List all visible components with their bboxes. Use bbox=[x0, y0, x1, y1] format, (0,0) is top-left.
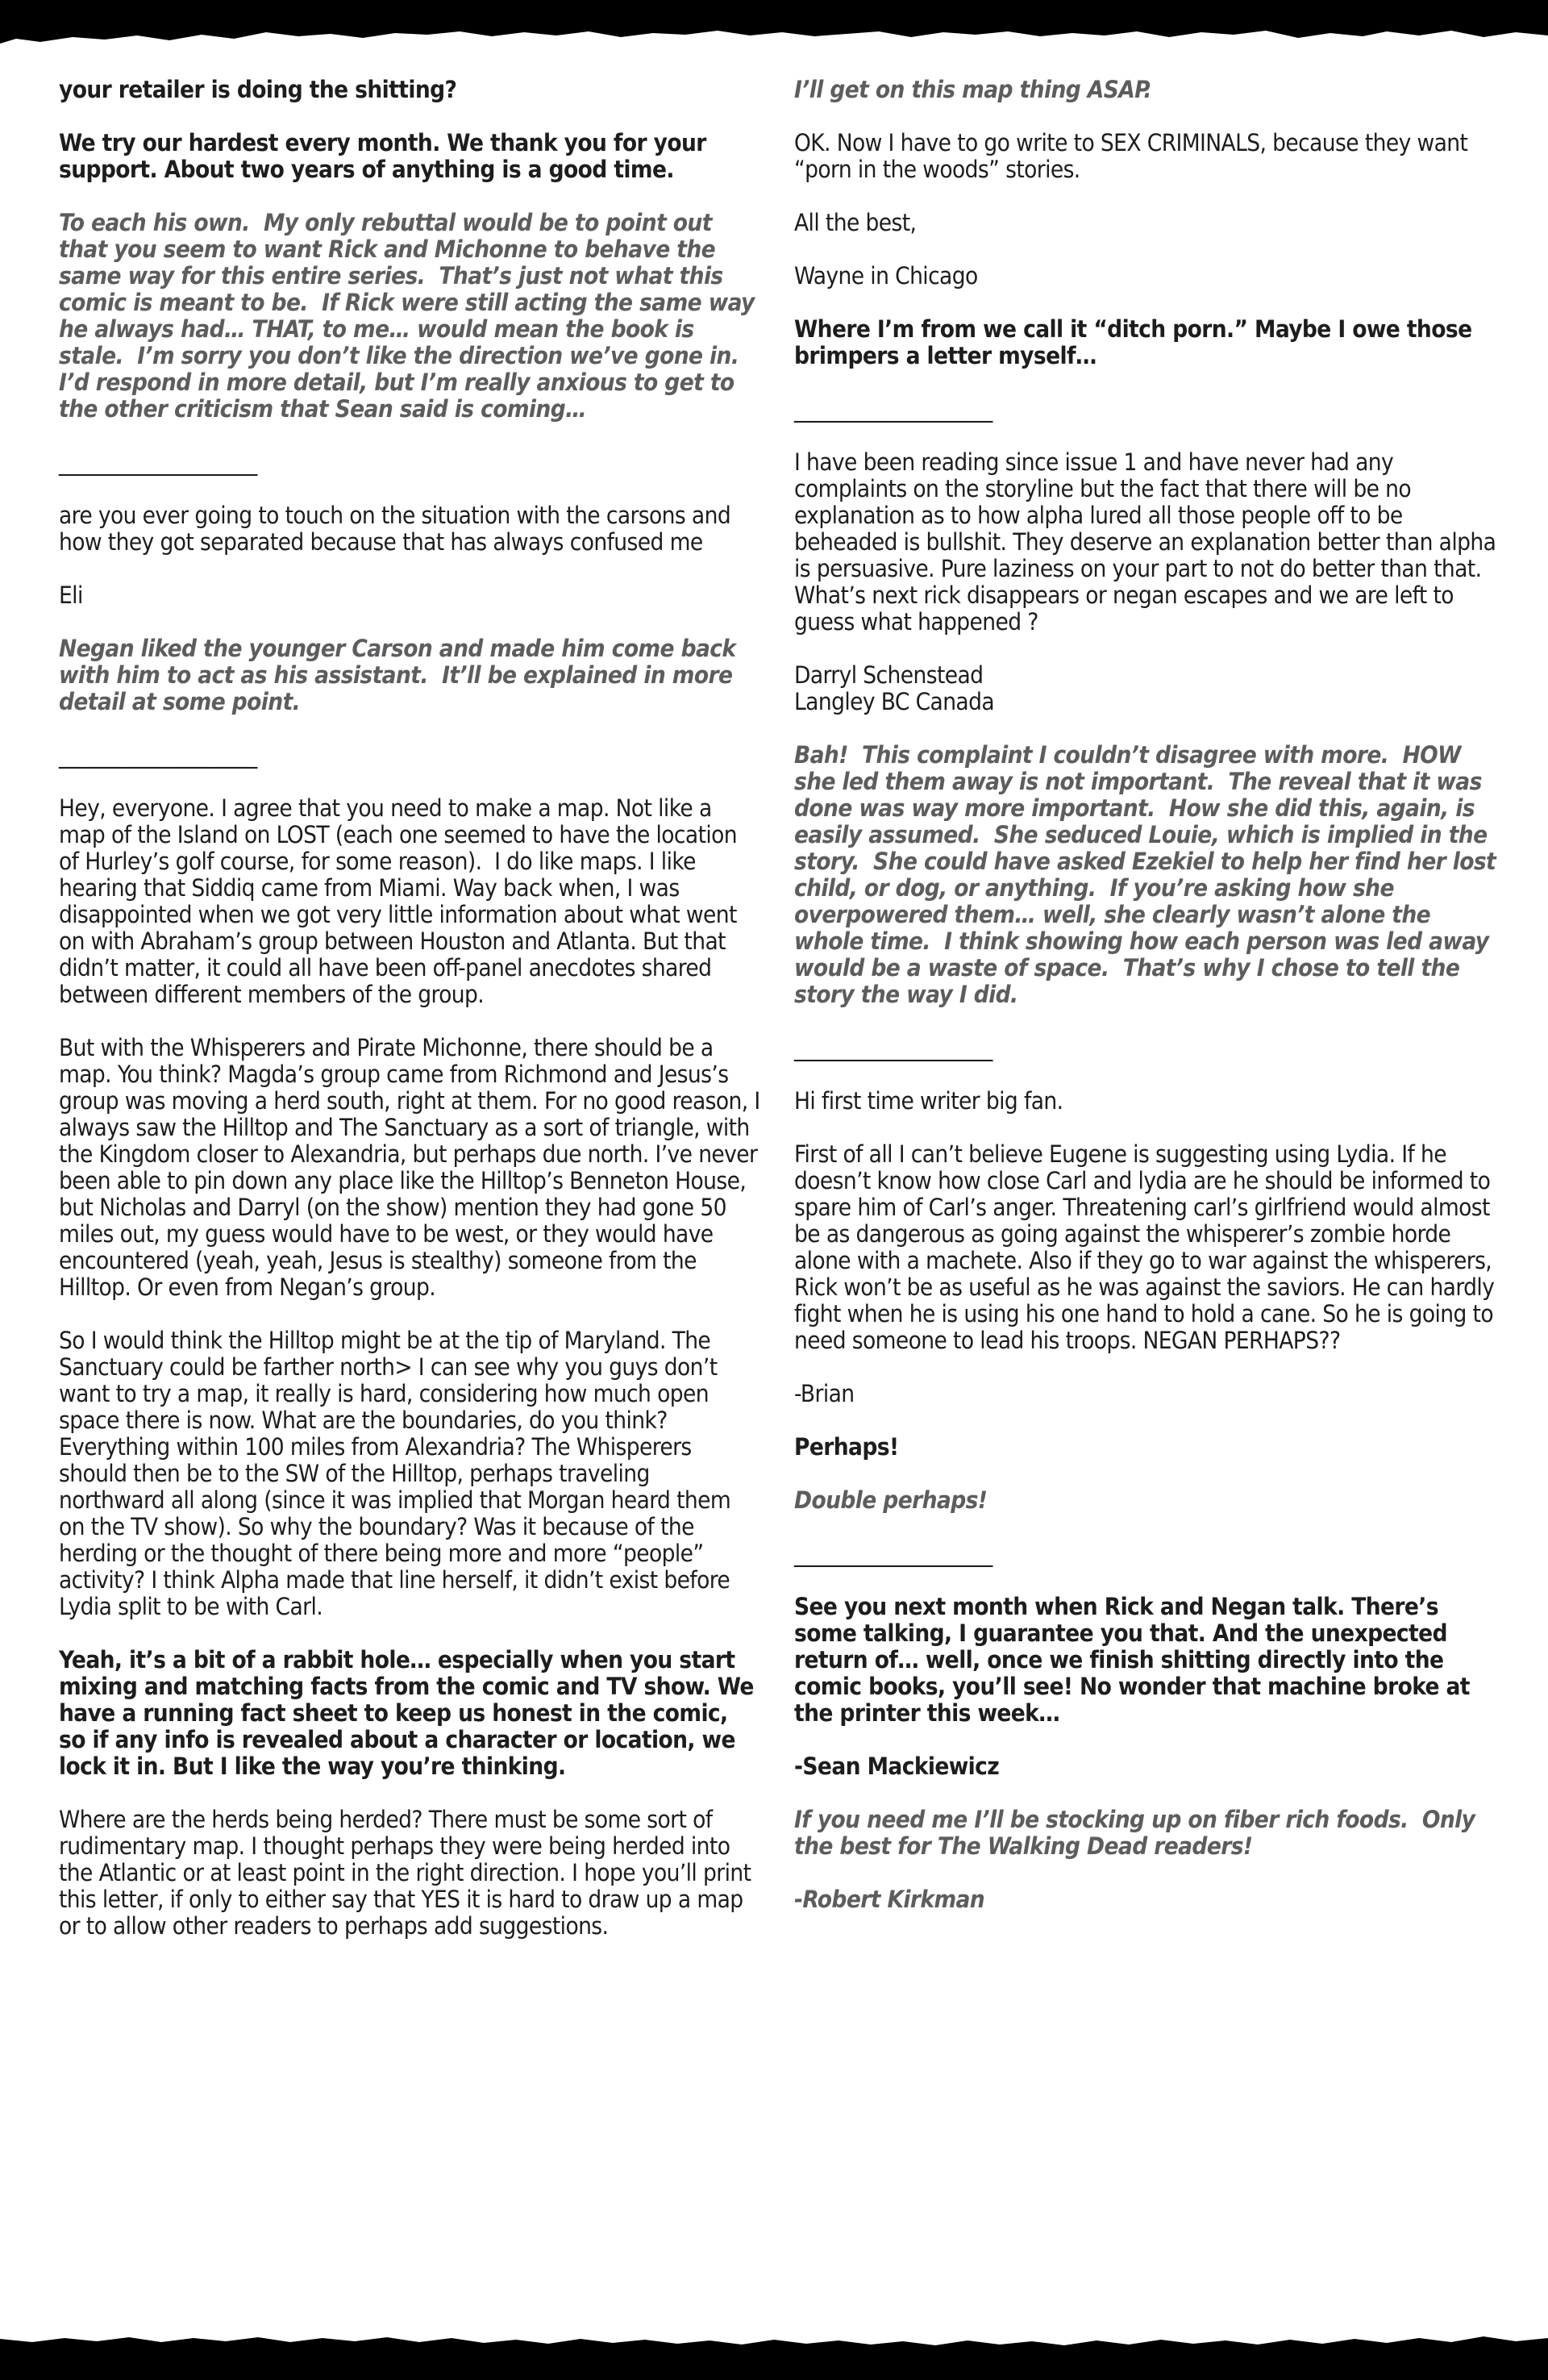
letter-eli-body: are you ever going to touch on the situa… bbox=[59, 502, 760, 556]
editor-reply-sean: Perhaps! bbox=[794, 1434, 1504, 1461]
letter-wayne-paragraph: Hey, everyone. I agree that you need to … bbox=[59, 795, 760, 1008]
letter-wayne-paragraph: Where are the herds being herded? There … bbox=[59, 1807, 760, 1940]
letter-darryl-signature: Darryl Schenstead Langley BC Canada bbox=[794, 662, 1504, 715]
torn-edge-bottom-decoration bbox=[0, 2330, 1548, 2354]
editor-reply-sean: Where I’m from we call it “ditch porn.” … bbox=[794, 316, 1504, 369]
closing-note-sean: See you next month when Rick and Negan t… bbox=[794, 1594, 1504, 1727]
letter-darryl-body: I have been reading since issue 1 and ha… bbox=[794, 449, 1504, 636]
editor-reply-kirkman: Negan liked the younger Carson and made … bbox=[59, 636, 760, 715]
letter-wayne-closing: All the best, bbox=[794, 210, 1504, 236]
editor-reply-sean: Yeah, it’s a bit of a rabbit hole… espec… bbox=[59, 1647, 760, 1780]
letter-brian-body: First of all I can’t believe Eugene is s… bbox=[794, 1141, 1504, 1354]
editor-reply-kirkman: To each his own. My only rebuttal would … bbox=[59, 210, 760, 423]
letter-wayne-paragraph: OK. Now I have to go write to SEX CRIMIN… bbox=[794, 130, 1504, 183]
letter-wayne-paragraph: So I would think the Hilltop might be at… bbox=[59, 1328, 760, 1620]
signature-robert-kirkman: -Robert Kirkman bbox=[794, 1886, 1504, 1913]
letter-brian-greeting: Hi first time writer big fan. bbox=[794, 1088, 1504, 1115]
section-divider: ____________________ bbox=[794, 1035, 1504, 1061]
editor-reply-kirkman: I’ll get on this map thing ASAP. bbox=[794, 77, 1504, 103]
editor-reply-kirkman: Bah! This complaint I couldn’t disagree … bbox=[794, 742, 1504, 1008]
editor-reply-kirkman: Double perhaps! bbox=[794, 1487, 1504, 1514]
right-column: I’ll get on this map thing ASAP. OK. Now… bbox=[794, 77, 1504, 1940]
reader-question-retailer: your retailer is doing the shitting? bbox=[59, 77, 760, 103]
torn-bottom-border bbox=[0, 2349, 1548, 2380]
letter-eli-signature: Eli bbox=[59, 582, 760, 609]
letter-wayne-signature: Wayne in Chicago bbox=[794, 263, 1504, 290]
letter-wayne-paragraph: But with the Whisperers and Pirate Micho… bbox=[59, 1035, 760, 1301]
section-divider: ____________________ bbox=[794, 396, 1504, 423]
letter-brian-signature: -Brian bbox=[794, 1381, 1504, 1407]
section-divider: ____________________ bbox=[59, 449, 760, 476]
editor-reply-sean: We try our hardest every month. We thank… bbox=[59, 130, 760, 183]
section-divider: ____________________ bbox=[794, 1540, 1504, 1567]
closing-note-kirkman: If you need me I’ll be stocking up on fi… bbox=[794, 1807, 1504, 1860]
left-column: your retailer is doing the shitting? We … bbox=[59, 77, 760, 1966]
section-divider: ____________________ bbox=[59, 742, 760, 769]
letters-page: your retailer is doing the shitting? We … bbox=[0, 0, 1548, 2380]
signature-sean-mackiewicz: -Sean Mackiewicz bbox=[794, 1753, 1504, 1780]
